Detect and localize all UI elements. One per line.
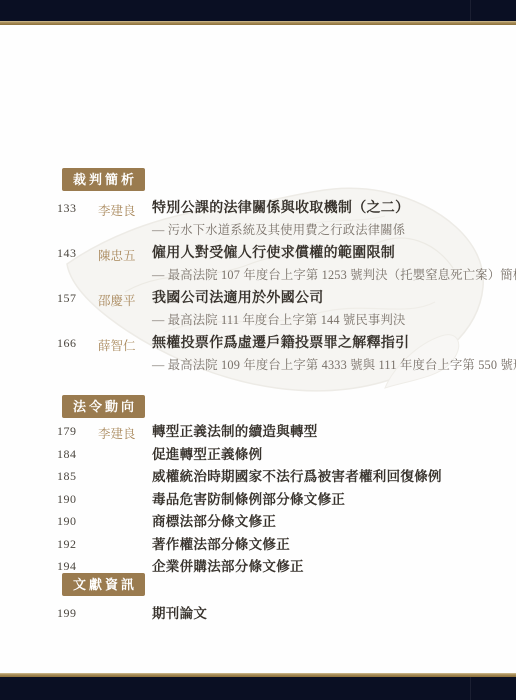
entry-page-number: 179 [57, 424, 77, 439]
entry-title: 威權統治時期國家不法行爲被害者權利回復條例 [152, 468, 502, 486]
entry-page-number: 190 [57, 514, 77, 529]
entry-subtitle: — 最高法院 107 年度台上字第 1253 號判決（托嬰窒息死亡案）簡析（二） [152, 267, 507, 283]
entry-title: 著作權法部分條文修正 [152, 536, 502, 554]
entry-page-number: 199 [57, 606, 77, 621]
entry-author: 邵慶平 [98, 291, 136, 309]
section-badge-legislation: 法令動向 [62, 395, 145, 418]
entry-page-number: 157 [57, 291, 77, 306]
entry-page-number: 133 [57, 201, 77, 216]
entry-page-number: 166 [57, 336, 77, 351]
section-badge-case-analysis: 裁判簡析 [62, 168, 145, 191]
top-cover-bar [0, 0, 516, 21]
entry-subtitle: — 污水下水道系統及其使用費之行政法律關係 [152, 222, 507, 238]
entry-title: 無權投票作爲虛遷戶籍投票罪之解釋指引 [152, 335, 502, 353]
entry-author: 李建良 [98, 424, 136, 442]
entry-title: 企業併購法部分條文修正 [152, 558, 502, 576]
entry-title: 商標法部分條文修正 [152, 513, 502, 531]
section-badge-literature: 文獻資訊 [62, 573, 145, 596]
entry-title: 期刊論文 [152, 605, 502, 623]
entry-page-number: 194 [57, 559, 77, 574]
entry-title: 毒品危害防制條例部分條文修正 [152, 491, 502, 509]
entry-subtitle: — 最高法院 111 年度台上字第 144 號民事判決 [152, 312, 507, 328]
entry-title: 轉型正義法制的續造與轉型 [152, 423, 502, 441]
entry-page-number: 192 [57, 537, 77, 552]
entry-title: 我國公司法適用於外國公司 [152, 290, 502, 308]
toc-page: 裁判簡析 133 李建良 特別公課的法律關係與收取機制（之二） — 污水下水道系… [0, 0, 516, 700]
entry-author: 李建良 [98, 201, 136, 219]
entry-title: 僱用人對受僱人行使求償權的範圍限制 [152, 245, 502, 263]
entry-title: 特別公課的法律關係與收取機制（之二） [152, 200, 502, 218]
entry-page-number: 190 [57, 492, 77, 507]
entry-page-number: 185 [57, 469, 77, 484]
bottom-cover-bar [0, 677, 516, 700]
entry-title: 促進轉型正義條例 [152, 446, 502, 464]
entry-page-number: 143 [57, 246, 77, 261]
entry-subtitle: — 最高法院 109 年度台上字第 4333 號與 111 年度台上字第 550… [152, 357, 507, 373]
entry-page-number: 184 [57, 447, 77, 462]
entry-author: 薛智仁 [98, 336, 136, 354]
entry-author: 陳忠五 [98, 246, 136, 264]
top-gold-rule [0, 21, 516, 25]
